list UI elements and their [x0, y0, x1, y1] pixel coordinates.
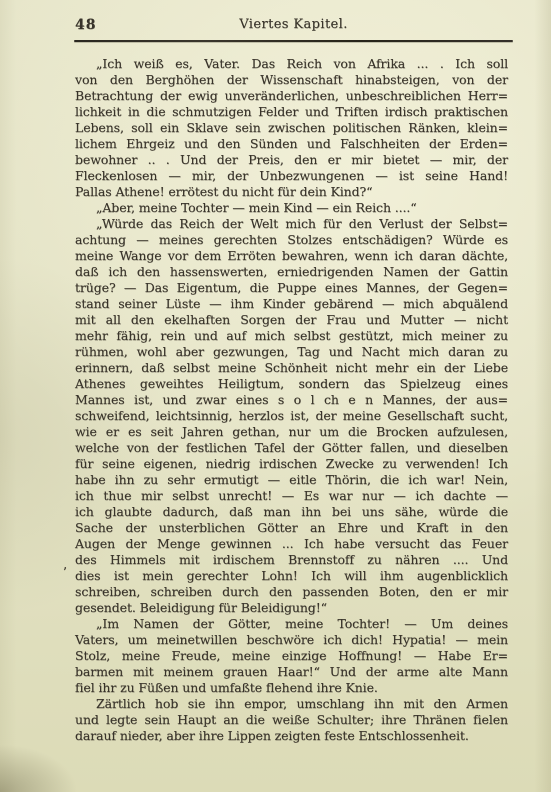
text-line: Pallas Athene! errötest du nicht für dei… — [75, 184, 508, 200]
text-line: des Himmels mit irdischem Brennstoff zu … — [75, 552, 508, 568]
text-line: fiel ihr zu Füßen und umfaßte flehend ih… — [75, 680, 508, 696]
text-line: daß ich den hassenswerten, erniedrigende… — [75, 264, 508, 280]
text-line: und legte sein Haupt an die weiße Schult… — [75, 712, 508, 728]
text-line: Fleckenlosen — mir, der Unbezwungenen — … — [75, 168, 508, 184]
margin-ink-mark: ’ — [63, 564, 67, 580]
text-line: ich glaubte dadurch, daß man ihn bei uns… — [75, 504, 508, 520]
text-line: rühmen, wohl aber gezwungen, Tag und Nac… — [75, 344, 508, 360]
text-line: schreiben, schreiben durch den passenden… — [75, 584, 508, 600]
text-line: welche von der festlichen Tafel der Gött… — [75, 440, 508, 456]
text-line: schweifend, leichtsinnig, herzlos ist, d… — [75, 408, 508, 424]
book-page: 48 Viertes Kapitel. „Ich weiß es, Vater.… — [0, 0, 551, 792]
text-line: mehr fähig, rein und auf mich selbst ges… — [75, 328, 508, 344]
page-body: „Ich weiß es, Vater. Das Reich von Afrik… — [75, 56, 508, 744]
text-line: Sache der unsterblichen Götter an Ehre u… — [75, 520, 508, 536]
text-line: erinnern, daß selbst meine Schönheit nic… — [75, 360, 508, 376]
page-number: 48 — [75, 17, 96, 33]
text-line: gesendet. Beleidigung für Beleidigung!“ — [75, 600, 508, 616]
paragraph: „Würde das Reich der Welt mich für den V… — [75, 216, 508, 616]
text-line: ich thue mir selbst unrecht! — Es war nu… — [75, 488, 508, 504]
text-line: trüge? — Das Eigentum, die Puppe eines M… — [75, 280, 508, 296]
text-line: dies ist mein gerechter Lohn! Ich will i… — [75, 568, 508, 584]
text-line: Zärtlich hob sie ihn empor, umschlang ih… — [75, 696, 508, 712]
text-line: wie er es seit Jahren gethan, nur um die… — [75, 424, 508, 440]
text-line: für seine eigenen, niedrig irdischen Zwe… — [75, 456, 508, 472]
text-line: achtung — meines gerechten Stolzes entsc… — [75, 232, 508, 248]
text-line: mit all den ekelhaften Sorgen der Frau u… — [75, 312, 508, 328]
text-line: lichkeit in die schmutzigen Felder und T… — [75, 104, 508, 120]
text-line: habe ihn zu sehr ermutigt — eitle Thörin… — [75, 472, 508, 488]
paragraph: „Im Namen der Götter, meine Tochter! — U… — [75, 616, 508, 696]
chapter-title: Viertes Kapitel. — [75, 17, 512, 32]
text-line: meine Wange vor dem Erröten bewahren, we… — [75, 248, 508, 264]
text-line: „Würde das Reich der Welt mich für den V… — [75, 216, 508, 232]
text-line: Augen der Menge gewinnen ... Ich habe ve… — [75, 536, 508, 552]
text-line: barmen mit meinem grauen Haar!“ Und der … — [75, 664, 508, 680]
text-line: bewohner .. . Und der Preis, den er mir … — [75, 152, 508, 168]
paragraph: „Aber, meine Tochter — mein Kind — ein R… — [75, 200, 508, 216]
text-line: Stolz, meine Freude, meine einzige Hoffn… — [75, 648, 508, 664]
running-head: 48 Viertes Kapitel. — [75, 17, 512, 37]
text-line: Athenes geweihtes Heiligtum, sondern das… — [75, 376, 508, 392]
text-line: darauf nieder, aber ihre Lippen zeigten … — [75, 728, 508, 744]
text-line: „Aber, meine Tochter — mein Kind — ein R… — [75, 200, 508, 216]
paragraph: „Ich weiß es, Vater. Das Reich von Afrik… — [75, 56, 508, 200]
text-line: Lebens, soll ein Sklave sein zwischen po… — [75, 120, 508, 136]
text-line: lichem Ehrgeiz und den Sünden und Falsch… — [75, 136, 508, 152]
header-rule — [74, 40, 513, 42]
text-line: „Im Namen der Götter, meine Tochter! — U… — [75, 616, 508, 632]
text-line: stand seiner Lüste — ihm Kinder gebärend… — [75, 296, 508, 312]
text-line: Vaters, um meinetwillen beschwöre ich di… — [75, 632, 508, 648]
text-line: Mannes ist, und zwar eines s o l ch e n … — [75, 392, 508, 408]
paragraph: Zärtlich hob sie ihn empor, umschlang ih… — [75, 696, 508, 744]
text-line: Betrachtung der ewig unveränderlichen, u… — [75, 88, 508, 104]
text-line: von den Berghöhen der Wissenschaft hinab… — [75, 72, 508, 88]
text-line: „Ich weiß es, Vater. Das Reich von Afrik… — [75, 56, 508, 72]
